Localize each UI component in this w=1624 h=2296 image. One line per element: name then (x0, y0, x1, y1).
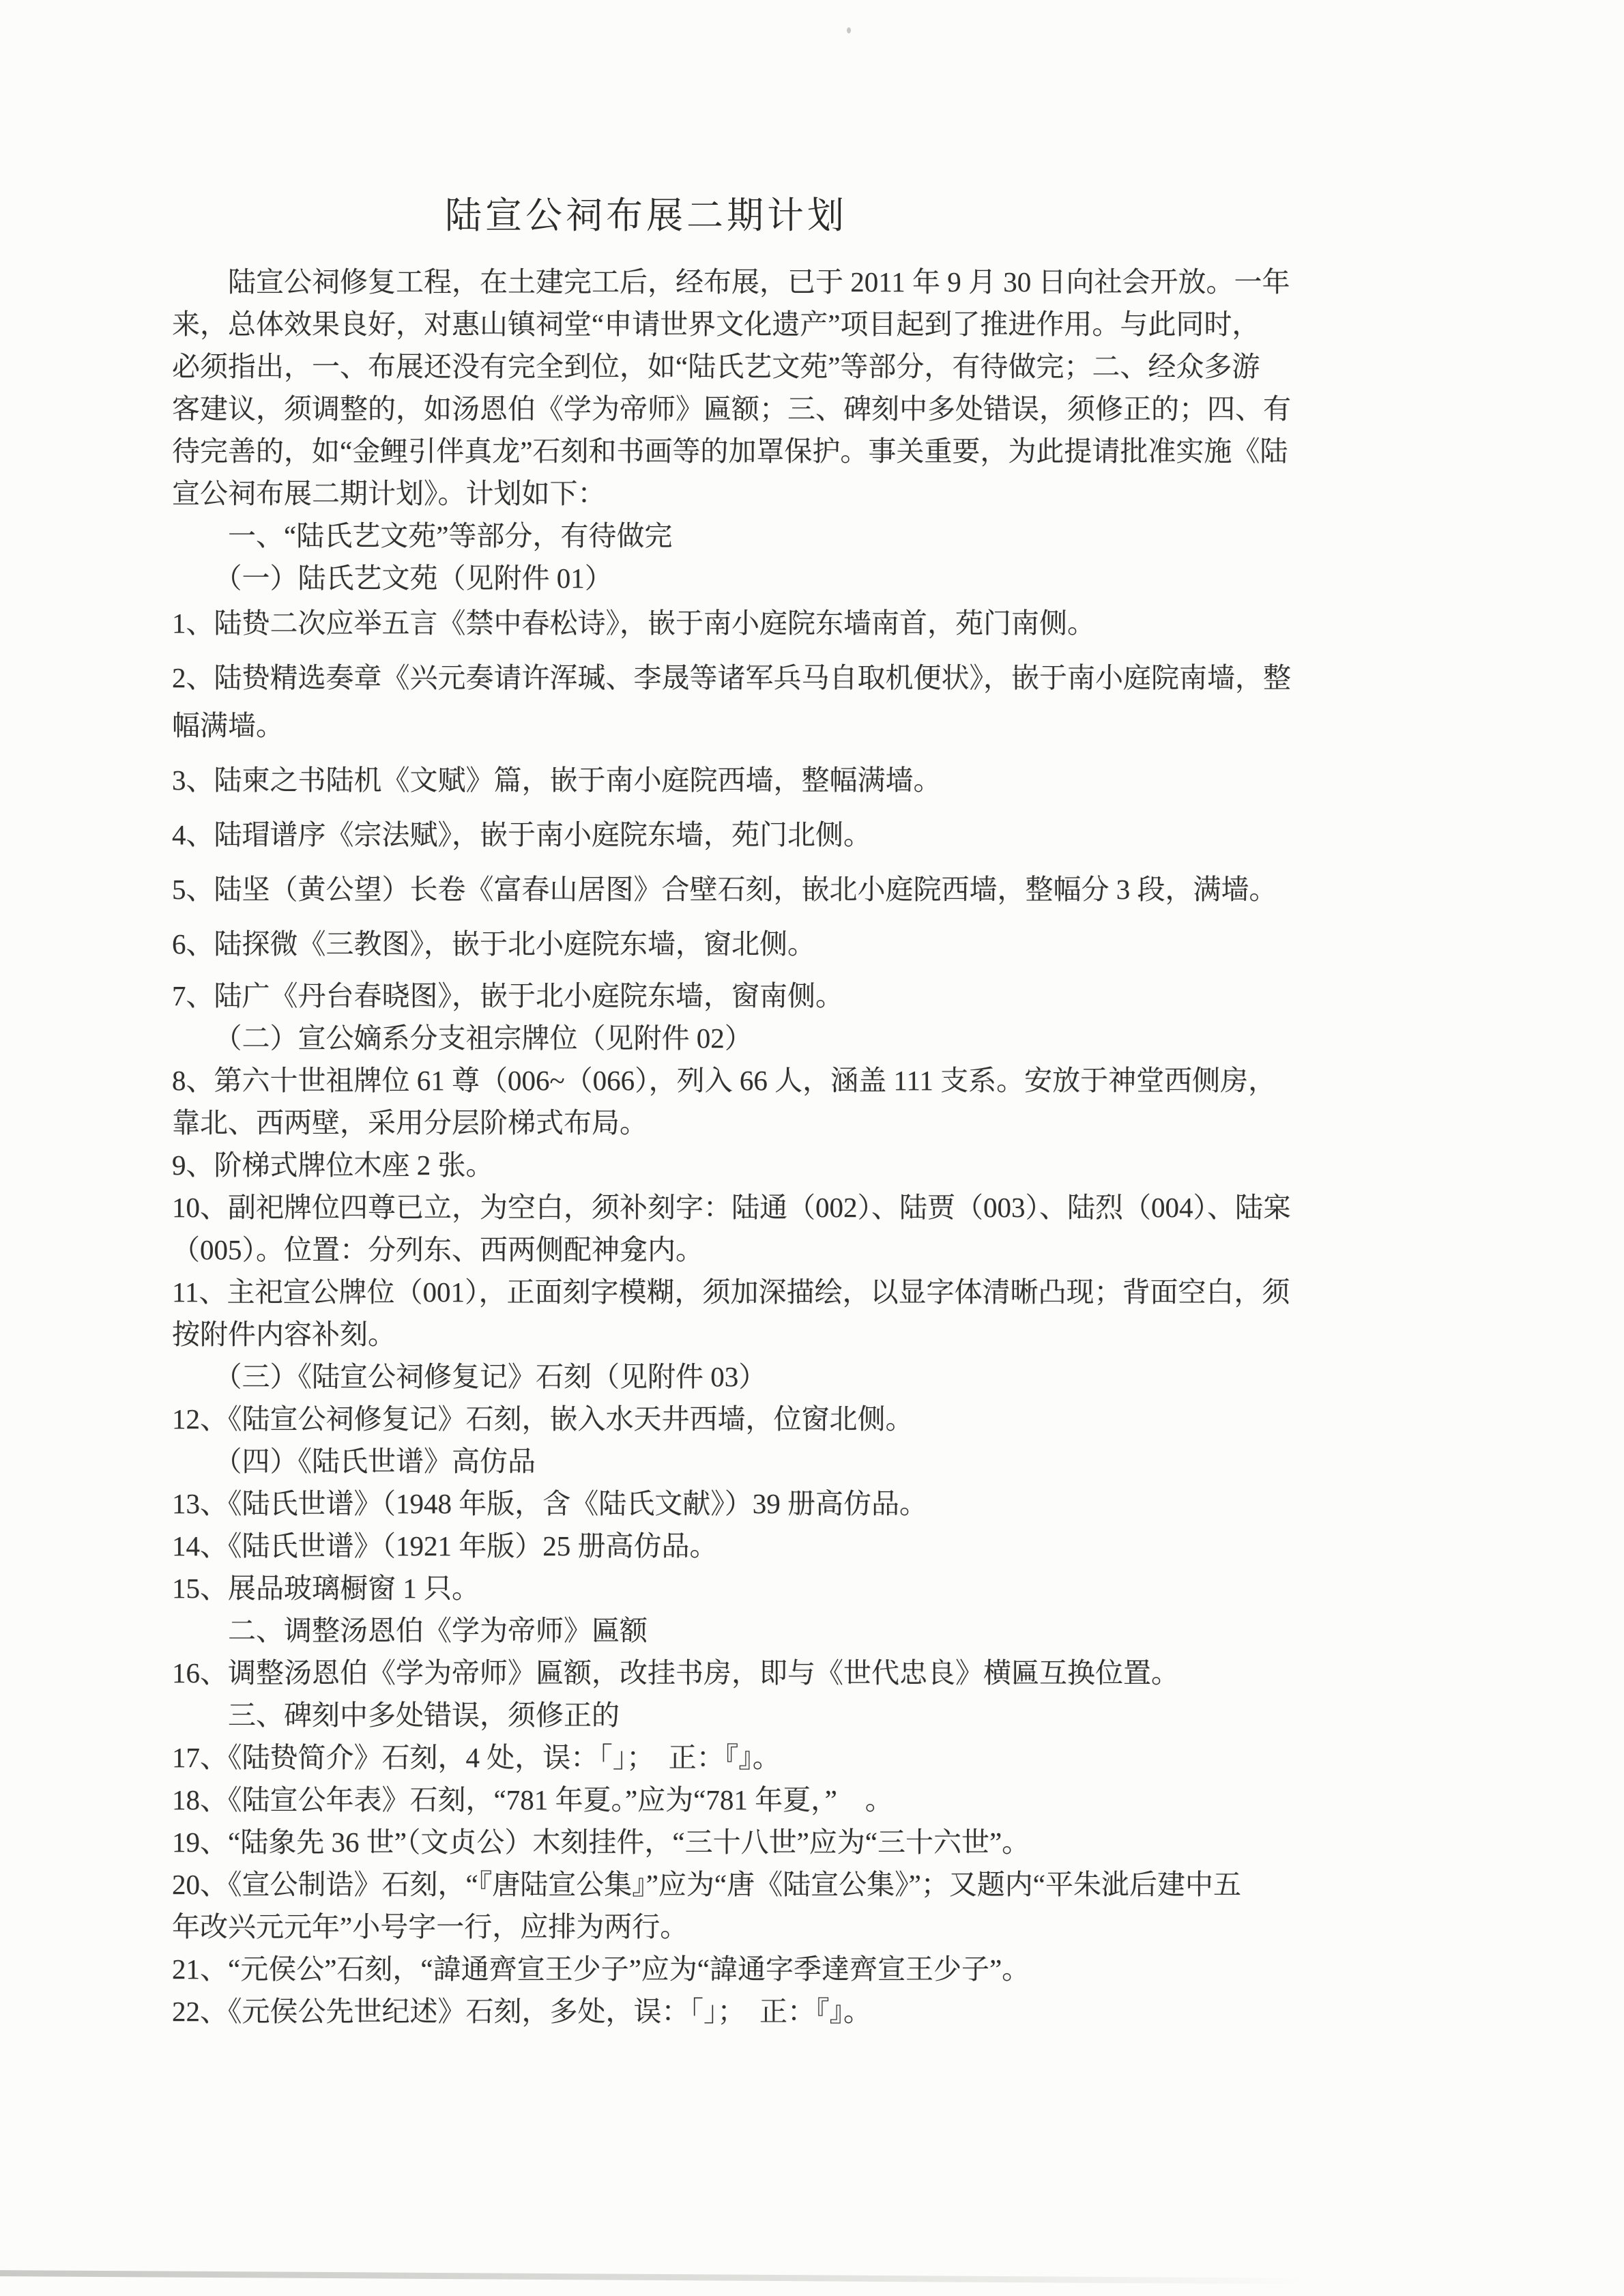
numbered-item: 20、《宣公制诰》石刻，“『唐陆宣公集』”应为“唐《陆宣公集》”；又题内“平朱泚… (172, 1863, 1441, 1948)
document-content: 陆宣公祠布展二期计划 陆宣公祠修复工程，在土建完工后，经布展，已于 2011 年… (172, 191, 1441, 2033)
text-line: 11、主祀宣公牌位（001），正面刻字模糊，须加深描绘，以显字体清晰凸现；背面空… (172, 1271, 1441, 1313)
text-line: 1、陆贽二次应举五言《禁中春松诗》，嵌于南小庭院东墙南首，苑门南侧。 (172, 599, 1441, 647)
scan-edge-shadow-artifact (0, 2270, 1363, 2284)
numbered-item: 9、阶梯式牌位木座 2 张。 (172, 1144, 1441, 1186)
text-line: （二）宣公嫡系分支祖宗牌位（见附件 02） (172, 1017, 1441, 1059)
text-line: 宣公祠布展二期计划》。计划如下： (172, 472, 1441, 515)
numbered-item: 8、第六十世祖牌位 61 尊（006~（066），列入 66 人，涵盖 111 … (172, 1059, 1441, 1144)
numbered-item: 14、《陆氏世谱》（1921 年版）25 册高仿品。 (172, 1525, 1441, 1567)
numbered-item: 10、副祀牌位四尊已立，为空白，须补刻字：陆通（002）、陆贾（003）、陆烈（… (172, 1186, 1441, 1271)
text-line: 待完善的，如“金鲤引伴真龙”石刻和书画等的加罩保护。事关重要，为此提请批准实施《… (172, 430, 1441, 472)
text-line: （三）《陆宣公祠修复记》石刻（见附件 03） (172, 1355, 1441, 1398)
page-title: 陆宣公祠布展二期计划 (445, 191, 1441, 240)
text-line: 14、《陆氏世谱》（1921 年版）25 册高仿品。 (172, 1525, 1441, 1567)
numbered-item: 19、“陆象先 36 世”（文贞公）木刻挂件，“三十八世”应为“三十六世”。 (172, 1821, 1441, 1863)
numbered-item: 13、《陆氏世谱》（1948 年版，含《陆氏文献》）39 册高仿品。 (172, 1482, 1441, 1525)
numbered-item: 11、主祀宣公牌位（001），正面刻字模糊，须加深描绘，以显字体清晰凸现；背面空… (172, 1271, 1441, 1355)
text-line: 三、碑刻中多处错误，须修正的 (172, 1694, 1441, 1736)
text-line: 8、第六十世祖牌位 61 尊（006~（066），列入 66 人，涵盖 111 … (172, 1059, 1441, 1102)
numbered-item: 4、陆瑁谱序《宗法赋》，嵌于南小庭院东墙，苑门北侧。 (172, 811, 1441, 859)
text-line: 6、陆探微《三教图》，嵌于北小庭院东墙，窗北侧。 (172, 920, 1441, 968)
text-line: 2、陆贽精选奏章《兴元奏请许浑瑊、李晟等诸军兵马自取机便状》，嵌于南小庭院南墙，… (172, 654, 1441, 702)
text-line: 9、阶梯式牌位木座 2 张。 (172, 1144, 1441, 1186)
numbered-item: 22、《元侯公先世纪述》石刻，多处，误：「」； 正：『』。 (172, 1990, 1441, 2033)
text-line: 15、展品玻璃橱窗 1 只。 (172, 1567, 1441, 1609)
subsection-heading: （一）陆氏艺文苑（见附件 01） (172, 557, 1441, 599)
numbered-item: 18、《陆宣公年表》石刻，“781 年夏。”应为“781 年夏，” 。 (172, 1779, 1441, 1821)
text-line: 二、调整汤恩伯《学为帝师》匾额 (172, 1609, 1441, 1652)
numbered-item: 5、陆坚（黄公望）长卷《富春山居图》合壁石刻，嵌北小庭院西墙，整幅分 3 段，满… (172, 865, 1441, 913)
text-line: 一、“陆氏艺文苑”等部分，有待做完 (172, 515, 1441, 557)
numbered-item: 3、陆柬之书陆机《文赋》篇，嵌于南小庭院西墙，整幅满墙。 (172, 756, 1441, 804)
text-line: 3、陆柬之书陆机《文赋》篇，嵌于南小庭院西墙，整幅满墙。 (172, 756, 1441, 804)
text-line: 12、《陆宣公祠修复记》石刻，嵌入水天井西墙，位窗北侧。 (172, 1398, 1441, 1440)
numbered-item: 6、陆探微《三教图》，嵌于北小庭院东墙，窗北侧。 (172, 920, 1441, 968)
subsection-heading: （四）《陆氏世谱》高仿品 (172, 1440, 1441, 1482)
text-line: 22、《元侯公先世纪述》石刻，多处，误：「」； 正：『』。 (172, 1990, 1441, 2033)
text-line: 幅满墙。 (172, 702, 1441, 749)
text-line: （四）《陆氏世谱》高仿品 (172, 1440, 1441, 1482)
numbered-item: 21、“元侯公”石刻，“諱通齊宣王少子”应为“諱通字季達齊宣王少子”。 (172, 1948, 1441, 1990)
document-body: 陆宣公祠修复工程，在土建完工后，经布展，已于 2011 年 9 月 30 日向社… (172, 261, 1441, 2033)
numbered-item: 15、展品玻璃橱窗 1 只。 (172, 1567, 1441, 1609)
text-line: 年改兴元元年”小号字一行，应排为两行。 (172, 1906, 1441, 1948)
text-line: （一）陆氏艺文苑（见附件 01） (172, 557, 1441, 599)
section-heading: 二、调整汤恩伯《学为帝师》匾额 (172, 1609, 1441, 1652)
text-line: 7、陆广《丹台春晓图》，嵌于北小庭院东墙，窗南侧。 (172, 975, 1441, 1017)
numbered-item: 12、《陆宣公祠修复记》石刻，嵌入水天井西墙，位窗北侧。 (172, 1398, 1441, 1440)
text-line: 5、陆坚（黄公望）长卷《富春山居图》合壁石刻，嵌北小庭院西墙，整幅分 3 段，满… (172, 865, 1441, 913)
text-line: 客建议，须调整的，如汤恩伯《学为帝师》匾额；三、碑刻中多处错误，须修正的；四、有 (172, 388, 1441, 430)
text-line: 按附件内容补刻。 (172, 1313, 1441, 1355)
text-line: 4、陆瑁谱序《宗法赋》，嵌于南小庭院东墙，苑门北侧。 (172, 811, 1441, 859)
numbered-item: 17、《陆贽简介》石刻，4 处，误：「」； 正：『』。 (172, 1736, 1441, 1779)
intro-paragraph: 陆宣公祠修复工程，在土建完工后，经布展，已于 2011 年 9 月 30 日向社… (172, 261, 1441, 515)
numbered-item: 2、陆贽精选奏章《兴元奏请许浑瑊、李晟等诸军兵马自取机便状》，嵌于南小庭院南墙，… (172, 654, 1441, 749)
text-line: 19、“陆象先 36 世”（文贞公）木刻挂件，“三十八世”应为“三十六世”。 (172, 1821, 1441, 1863)
text-line: 靠北、西两壁，采用分层阶梯式布局。 (172, 1102, 1441, 1144)
scan-speck-artifact (847, 27, 851, 33)
numbered-item: 1、陆贽二次应举五言《禁中春松诗》，嵌于南小庭院东墙南首，苑门南侧。 (172, 599, 1441, 647)
text-line: 18、《陆宣公年表》石刻，“781 年夏。”应为“781 年夏，” 。 (172, 1779, 1441, 1821)
text-line: 16、调整汤恩伯《学为帝师》匾额，改挂书房，即与《世代忠良》横匾互换位置。 (172, 1652, 1441, 1694)
text-line: 10、副祀牌位四尊已立，为空白，须补刻字：陆通（002）、陆贾（003）、陆烈（… (172, 1186, 1441, 1229)
subsection-heading: （三）《陆宣公祠修复记》石刻（见附件 03） (172, 1355, 1441, 1398)
text-line: （005）。位置：分列东、西两侧配神龛内。 (172, 1229, 1441, 1271)
text-line: 来，总体效果良好，对惠山镇祠堂“申请世界文化遗产”项目起到了推进作用。与此同时， (172, 303, 1441, 345)
numbered-item: 16、调整汤恩伯《学为帝师》匾额，改挂书房，即与《世代忠良》横匾互换位置。 (172, 1652, 1441, 1694)
text-line: 20、《宣公制诰》石刻，“『唐陆宣公集』”应为“唐《陆宣公集》”；又题内“平朱泚… (172, 1863, 1441, 1906)
text-line: 13、《陆氏世谱》（1948 年版，含《陆氏文献》）39 册高仿品。 (172, 1482, 1441, 1525)
scanned-document-page: 陆宣公祠布展二期计划 陆宣公祠修复工程，在土建完工后，经布展，已于 2011 年… (0, 0, 1624, 2296)
numbered-item: 7、陆广《丹台春晓图》，嵌于北小庭院东墙，窗南侧。 (172, 975, 1441, 1017)
text-line: 21、“元侯公”石刻，“諱通齊宣王少子”应为“諱通字季達齊宣王少子”。 (172, 1948, 1441, 1990)
text-line: 陆宣公祠修复工程，在土建完工后，经布展，已于 2011 年 9 月 30 日向社… (172, 261, 1441, 303)
subsection-heading: （二）宣公嫡系分支祖宗牌位（见附件 02） (172, 1017, 1441, 1059)
section-heading: 一、“陆氏艺文苑”等部分，有待做完 (172, 515, 1441, 557)
section-heading: 三、碑刻中多处错误，须修正的 (172, 1694, 1441, 1736)
text-line: 17、《陆贽简介》石刻，4 处，误：「」； 正：『』。 (172, 1736, 1441, 1779)
text-line: 必须指出，一、布展还没有完全到位，如“陆氏艺文苑”等部分，有待做完；二、经众多游 (172, 345, 1441, 388)
